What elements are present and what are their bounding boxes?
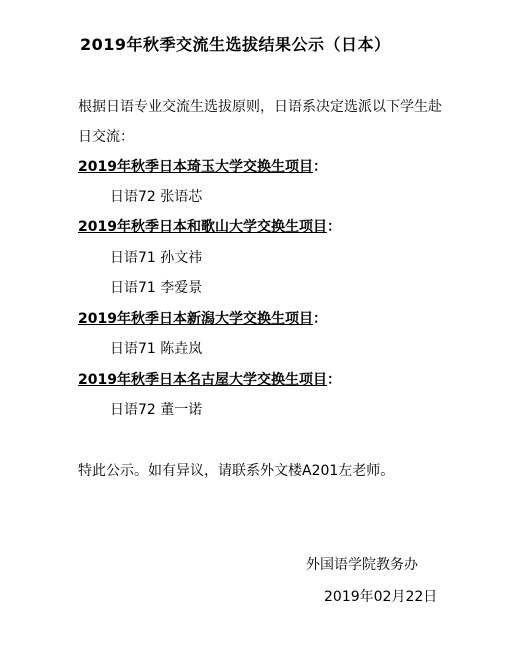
intro-paragraph-line-1: 根据日语专业交流生选拔原则，日语系决定选派以下学生赴 [78, 98, 442, 116]
section-heading-niigata: 2019年秋季日本新潟大学交换生项目： [78, 310, 327, 328]
closing-statement: 特此公示。如有异议，请联系外文楼A201左老师。 [78, 462, 394, 480]
intro-paragraph-line-2: 日交流： [78, 128, 134, 146]
student-entry: 日语71 孙文祎 [110, 249, 202, 267]
section-heading-text: 2019年秋季日本和歌山大学交换生项目 [78, 219, 327, 235]
section-heading-text: 2019年秋季日本琦玉大学交换生项目 [78, 159, 313, 175]
document-title: 2019年秋季交流生选拔结果公示（日本） [80, 36, 391, 54]
section-heading-wakayama: 2019年秋季日本和歌山大学交换生项目： [78, 218, 341, 236]
signature: 外国语学院教务办 [306, 556, 418, 574]
section-heading-saitama: 2019年秋季日本琦玉大学交换生项目： [78, 158, 327, 176]
student-entry: 日语72 董一诺 [110, 401, 202, 419]
student-entry: 日语71 陈垚岚 [110, 340, 202, 358]
section-heading-nagoya: 2019年秋季日本名古屋大学交换生项目： [78, 371, 341, 389]
date: 2019年02月22日 [324, 588, 437, 606]
student-entry: 日语72 张语芯 [110, 188, 202, 206]
student-entry: 日语71 李爱景 [110, 279, 202, 297]
section-heading-text: 2019年秋季日本名古屋大学交换生项目 [78, 372, 327, 388]
section-heading-text: 2019年秋季日本新潟大学交换生项目 [78, 311, 313, 327]
